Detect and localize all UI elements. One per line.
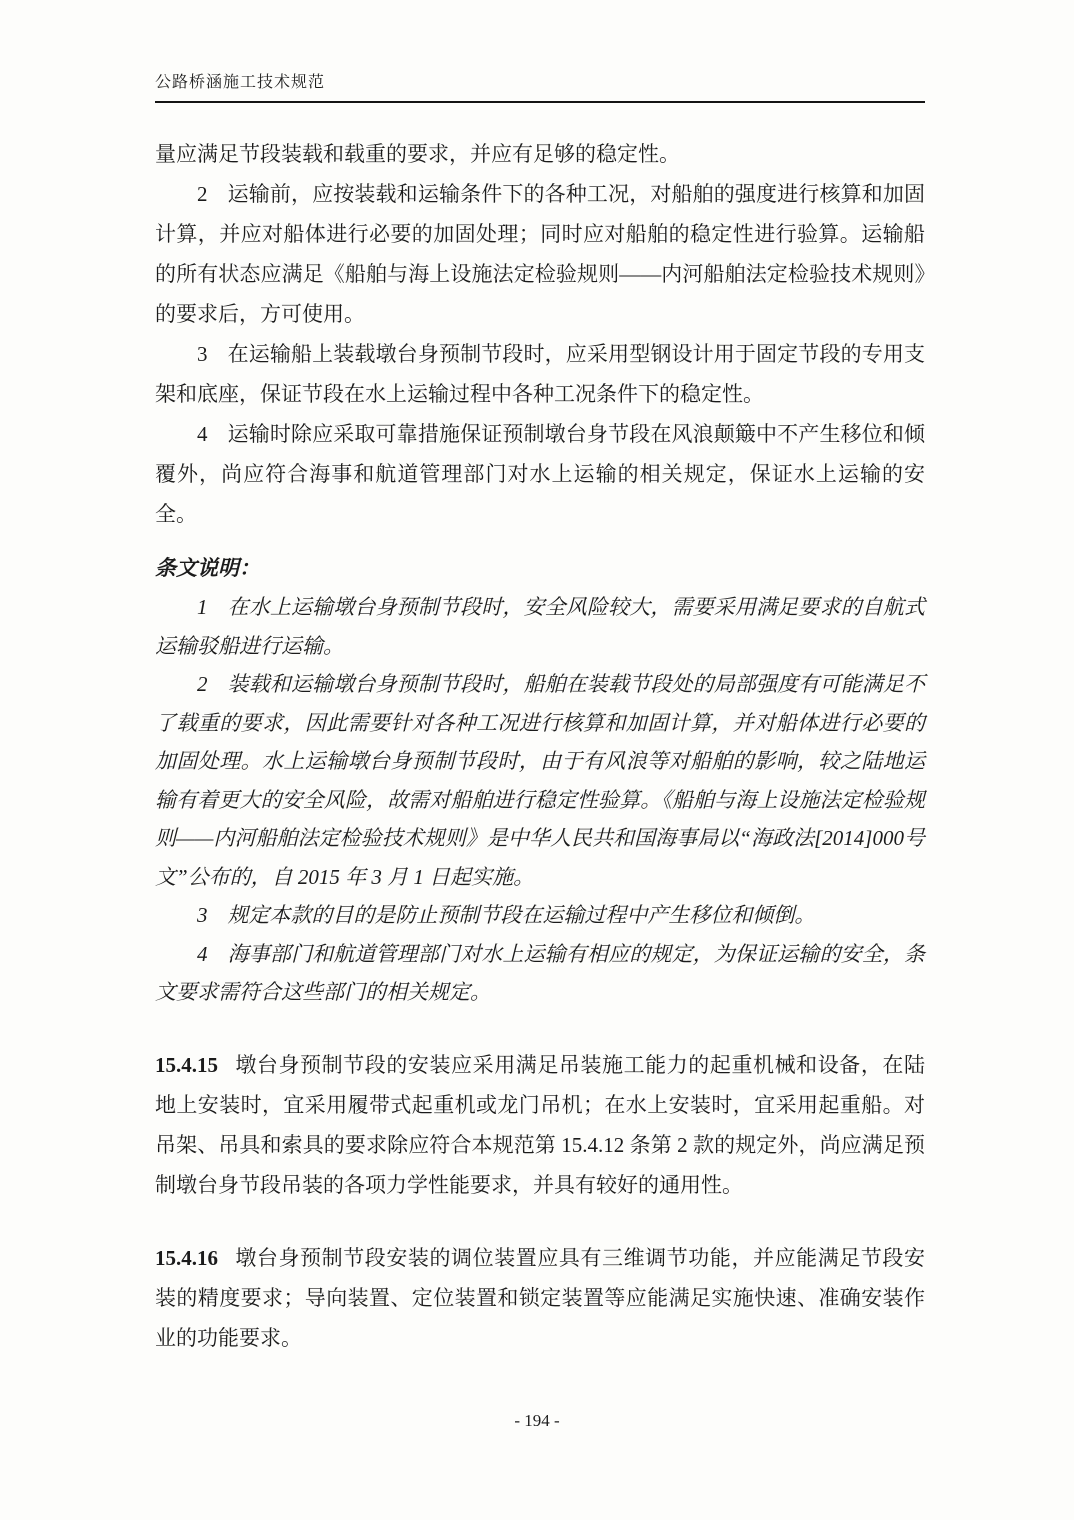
paragraph-text: 运输前，应按装载和运输条件下的各种工况，对船舶的强度进行核算和加固计算，并应对船… <box>155 182 925 326</box>
document-page: 公路桥涵施工技术规范 量应满足节段装载和载重的要求，并应有足够的稳定性。2运输前… <box>0 0 1074 1520</box>
paragraph-text: 装载和运输墩台身预制节段时，船舶在装载节段处的局部强度有可能满足不了载重的要求，… <box>155 672 925 889</box>
paragraph-text: 在运输船上装载墩台身预制节段时，应采用型钢设计用于固定节段的专用支架和底座，保证… <box>155 342 925 406</box>
item-number: 4 <box>197 942 208 966</box>
paragraph-text: 墩台身预制节段安装的调位装置应具有三维调节功能，并应能满足节段安装的精度要求；导… <box>155 1246 925 1350</box>
page-number: - 194 - <box>0 1410 1074 1432</box>
specification-clause: 15.4.15墩台身预制节段的安装应采用满足吊装施工能力的起重机械和设备，在陆地… <box>155 1045 925 1205</box>
item-number: 1 <box>197 595 208 619</box>
specification-clause: 15.4.16墩台身预制节段安装的调位装置应具有三维调节功能，并应能满足节段安装… <box>155 1238 925 1358</box>
item-number: 3 <box>197 342 208 366</box>
item-number: 2 <box>197 182 208 206</box>
commentary-paragraph: 4海事部门和航道管理部门对水上运输有相应的规定，为保证运输的安全，条文要求需符合… <box>155 935 925 1012</box>
paragraph-text: 运输时除应采取可靠措施保证预制墩台身节段在风浪颠簸中不产生移位和倾覆外，尚应符合… <box>155 422 925 526</box>
commentary-paragraph: 2装载和运输墩台身预制节段时，船舶在装载节段处的局部强度有可能满足不了载重的要求… <box>155 665 925 896</box>
commentary-paragraph: 1在水上运输墩台身预制节段时，安全风险较大，需要采用满足要求的自航式运输驳船进行… <box>155 588 925 665</box>
paragraph-text: 量应满足节段装载和载重的要求，并应有足够的稳定性。 <box>155 142 680 166</box>
clause-number: 15.4.16 <box>155 1246 218 1270</box>
clause-number: 15.4.15 <box>155 1053 218 1077</box>
item-number: 3 <box>197 903 208 927</box>
paragraph-text: 规定本款的目的是防止预制节段在运输过程中产生移位和倾倒。 <box>227 903 815 927</box>
item-number: 2 <box>197 672 208 696</box>
body-paragraph: 2运输前，应按装载和运输条件下的各种工况，对船舶的强度进行核算和加固计算，并应对… <box>155 174 925 334</box>
running-header: 公路桥涵施工技术规范 <box>155 72 925 103</box>
document-body: 量应满足节段装载和载重的要求，并应有足够的稳定性。2运输前，应按装载和运输条件下… <box>155 134 925 1358</box>
paragraph-text: 海事部门和航道管理部门对水上运输有相应的规定，为保证运输的安全，条文要求需符合这… <box>155 942 925 1005</box>
body-paragraph: 4运输时除应采取可靠措施保证预制墩台身节段在风浪颠簸中不产生移位和倾覆外，尚应符… <box>155 414 925 534</box>
commentary-paragraph: 3规定本款的目的是防止预制节段在运输过程中产生移位和倾倒。 <box>155 896 925 935</box>
body-paragraph: 量应满足节段装载和载重的要求，并应有足够的稳定性。 <box>155 134 925 174</box>
body-paragraph: 3在运输船上装载墩台身预制节段时，应采用型钢设计用于固定节段的专用支架和底座，保… <box>155 334 925 414</box>
commentary-heading: 条文说明： <box>155 548 925 588</box>
paragraph-text: 墩台身预制节段的安装应采用满足吊装施工能力的起重机械和设备，在陆地上安装时，宜采… <box>155 1053 925 1197</box>
paragraph-text: 在水上运输墩台身预制节段时，安全风险较大，需要采用满足要求的自航式运输驳船进行运… <box>155 595 925 658</box>
item-number: 4 <box>197 422 208 446</box>
running-header-title: 公路桥涵施工技术规范 <box>155 72 925 94</box>
paragraph-text: 条文说明： <box>155 556 260 580</box>
